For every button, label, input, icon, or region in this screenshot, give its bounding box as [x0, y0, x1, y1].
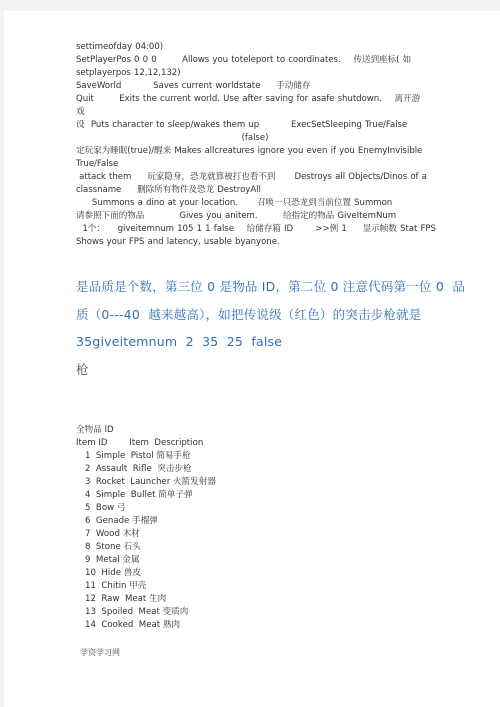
- site-watermark: 学资学习网: [80, 647, 120, 658]
- document-content: settimeofday 04:00) SetPlayerPos 0 0 0 A…: [76, 41, 424, 632]
- command-line: SetPlayerPos 0 0 0 Allows you toteleport…: [76, 54, 424, 67]
- command-line: 1个： giveitemnum 105 1 1 false 给储存箱 ID >>…: [76, 223, 424, 236]
- command-line: settimeofday 04:00): [76, 41, 424, 54]
- list-item: 1 Simple Pistol 简易手枪: [76, 450, 424, 463]
- list-item: 9 Metal 金属: [76, 554, 424, 567]
- list-item: 10 Hide 兽皮: [76, 567, 424, 580]
- list-item: 11 Chitin 甲壳: [76, 580, 424, 593]
- command-line: Shows your FPS and latency, usable byany…: [76, 236, 424, 249]
- list-item: 7 Wood 木材: [76, 528, 424, 541]
- item-quality-note: 是品质是个数，第三位 0 是物品 ID，第二位 0 注意代码第一位 0 品 质（…: [76, 273, 424, 383]
- command-line: classname 删除所有物件及恐龙 DestroyAll: [76, 184, 424, 197]
- list-item: 14 Cooked Meat 熟肉: [76, 619, 424, 632]
- list-item: 5 Bow 弓: [76, 502, 424, 515]
- note-line: 枪: [76, 356, 424, 384]
- console-commands-section: settimeofday 04:00) SetPlayerPos 0 0 0 A…: [76, 41, 424, 249]
- item-list-header: Item ID Item Description: [76, 437, 424, 450]
- command-line: SaveWorld Saves current worldstate 手动储存: [76, 80, 424, 93]
- command-line: setplayerpos 12,12,132): [76, 67, 424, 80]
- command-line: 请参照下面的物品 Gives you anitem. 给指定的物品 GiveIt…: [76, 210, 424, 223]
- command-line: (false): [76, 132, 424, 145]
- list-item: 2 Assault Rifle 突击步枪: [76, 463, 424, 476]
- item-list-title: 全物品 ID: [76, 424, 424, 437]
- command-line: 定玩家为睡眠(true)/醒来 Makes allcreatures ignor…: [76, 145, 424, 158]
- list-item: 12 Raw Meat 生肉: [76, 593, 424, 606]
- list-item: 6 Genade 手榴弹: [76, 515, 424, 528]
- command-line: Quit Exits the current world. Use after …: [76, 93, 424, 106]
- note-line: 35giveitemnum 2 35 25 false: [76, 328, 424, 356]
- list-item: 13 Spoiled Meat 变质肉: [76, 606, 424, 619]
- command-line: attack them 玩家隐身，恐龙就算被打也看不到 Destroys all…: [76, 171, 424, 184]
- note-line: 是品质是个数，第三位 0 是物品 ID，第二位 0 注意代码第一位 0 品: [76, 273, 424, 301]
- command-line: 戏: [76, 106, 424, 119]
- command-line: 设 Puts character to sleep/wakes them up …: [76, 119, 424, 132]
- list-item: 8 Stone 石头: [76, 541, 424, 554]
- item-id-list: 全物品 ID Item ID Item Description 1 Simple…: [76, 424, 424, 632]
- note-line: 质（0---40 越来越高），如把传说级（红色）的突击步枪就是: [76, 301, 424, 329]
- list-item: 3 Rocket Launcher 火箭发射器: [76, 476, 424, 489]
- list-item: 4 Simple Bullet 简单子弹: [76, 489, 424, 502]
- command-line: True/False: [76, 158, 424, 171]
- command-line: Summons a dino at your location. 召唤一只恐龙到…: [76, 197, 424, 210]
